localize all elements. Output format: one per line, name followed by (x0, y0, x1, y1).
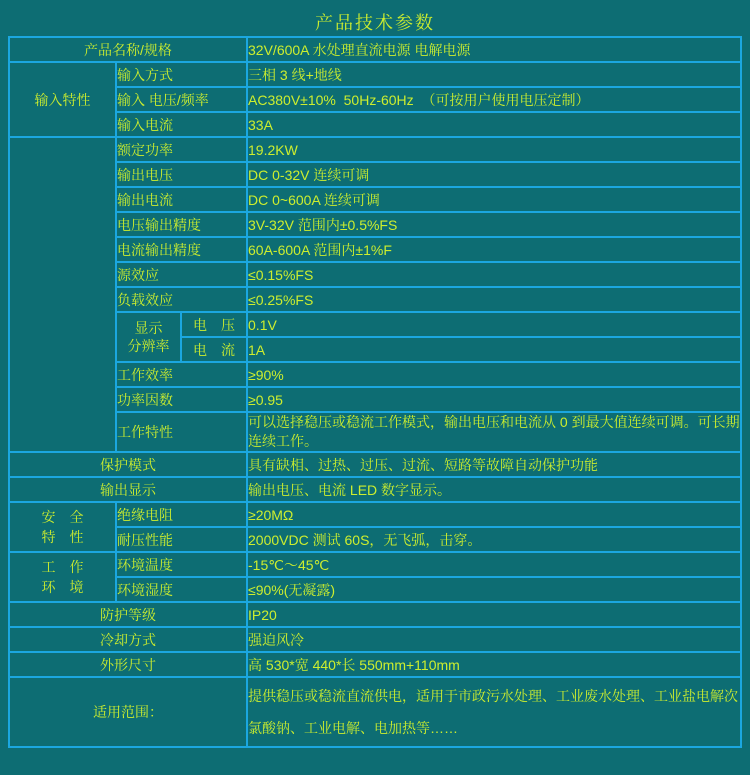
table-row: 输出电流 DC 0~600A 连续可调 (9, 187, 741, 212)
rated-power-label: 额定功率 (116, 137, 247, 162)
spec-table: 产品名称/规格 32V/600A 水处理直流电源 电解电源 输入特性 输入方式 … (8, 36, 742, 748)
insulation-resistance-label: 绝缘电阻 (116, 502, 247, 527)
dimensions-value: 高 530*宽 440*长 550mm+110mm (247, 652, 741, 677)
input-current-label: 输入电流 (116, 112, 247, 137)
resolution-voltage-value: 0.1V (247, 312, 741, 337)
table-row: 产品名称/规格 32V/600A 水处理直流电源 电解电源 (9, 37, 741, 62)
application-scope-label: 适用范围： (9, 677, 247, 747)
cooling-method-value: 强迫风冷 (247, 627, 741, 652)
load-effect-label: 负载效应 (116, 287, 247, 312)
withstand-voltage-value: 2000VDC 测试 60S，无飞弧，击穿。 (247, 527, 741, 552)
table-row: 功率因数 ≥0.95 (9, 387, 741, 412)
table-row: 显示分辨率 电 压 0.1V (9, 312, 741, 337)
environment-group-label: 工 作环 境 (9, 552, 116, 602)
output-current-label: 输出电流 (116, 187, 247, 212)
product-name-label: 产品名称/规格 (9, 37, 247, 62)
table-row: 冷却方式 强迫风冷 (9, 627, 741, 652)
table-row: 源效应 ≤0.15%FS (9, 262, 741, 287)
resolution-voltage-label: 电 压 (181, 312, 247, 337)
output-display-value: 输出电压、电流 LED 数字显示。 (247, 477, 741, 502)
work-characteristics-label: 工作特性 (116, 412, 247, 452)
table-row: 环境湿度 ≤90%(无凝露) (9, 577, 741, 602)
source-effect-label: 源效应 (116, 262, 247, 287)
input-voltage-label: 输入 电压/频率 (116, 87, 247, 112)
table-row: 输入特性 输入方式 三相 3 线+地线 (9, 62, 741, 87)
table-row: 适用范围： 提供稳压或稳流直流供电，适用于市政污水处理、工业废水处理、工业盐电解… (9, 677, 741, 747)
ambient-humidity-label: 环境湿度 (116, 577, 247, 602)
work-characteristics-value: 可以选择稳压或稳流工作模式，输出电压和电流从 0 到最大值连续可调。可长期连续工… (247, 412, 741, 452)
efficiency-value: ≥90% (247, 362, 741, 387)
environment-group-line1: 工 作 (41, 559, 83, 575)
efficiency-label: 工作效率 (116, 362, 247, 387)
input-current-value: 33A (247, 112, 741, 137)
safety-group-label: 安 全特 性 (9, 502, 116, 552)
protection-grade-label: 防护等级 (9, 602, 247, 627)
load-effect-value: ≤0.25%FS (247, 287, 741, 312)
page-title: 产品技术参数 (0, 0, 750, 36)
output-group-cell (9, 137, 116, 452)
display-resolution-line2: 分辨率 (127, 338, 169, 354)
table-row: 工作特性 可以选择稳压或稳流工作模式，输出电压和电流从 0 到最大值连续可调。可… (9, 412, 741, 452)
table-row: 电流输出精度 60A-600A 范围内±1%F (9, 237, 741, 262)
withstand-voltage-label: 耐压性能 (116, 527, 247, 552)
current-accuracy-label: 电流输出精度 (116, 237, 247, 262)
safety-group-line2: 特 性 (41, 529, 83, 545)
input-mode-value: 三相 3 线+地线 (247, 62, 741, 87)
ambient-humidity-value: ≤90%(无凝露) (247, 577, 741, 602)
voltage-accuracy-label: 电压输出精度 (116, 212, 247, 237)
table-row: 防护等级 IP20 (9, 602, 741, 627)
table-row: 外形尺寸 高 530*宽 440*长 550mm+110mm (9, 652, 741, 677)
table-row: 输入电流 33A (9, 112, 741, 137)
input-mode-label: 输入方式 (116, 62, 247, 87)
current-accuracy-value: 60A-600A 范围内±1%F (247, 237, 741, 262)
resolution-current-value: 1A (247, 337, 741, 362)
table-row: 电压输出精度 3V-32V 范围内±0.5%FS (9, 212, 741, 237)
display-resolution-line1: 显示 (134, 320, 162, 336)
protection-mode-label: 保护模式 (9, 452, 247, 477)
output-voltage-label: 输出电压 (116, 162, 247, 187)
voltage-accuracy-value: 3V-32V 范围内±0.5%FS (247, 212, 741, 237)
table-row: 安 全特 性 绝缘电阻 ≥20MΩ (9, 502, 741, 527)
environment-group-line2: 环 境 (41, 579, 83, 595)
power-factor-value: ≥0.95 (247, 387, 741, 412)
product-name-value: 32V/600A 水处理直流电源 电解电源 (247, 37, 741, 62)
protection-grade-value: IP20 (247, 602, 741, 627)
source-effect-value: ≤0.15%FS (247, 262, 741, 287)
display-resolution-label: 显示分辨率 (116, 312, 181, 362)
table-row: 工 作环 境 环境温度 -15℃～45℃ (9, 552, 741, 577)
application-scope-value: 提供稳压或稳流直流供电，适用于市政污水处理、工业废水处理、工业盐电解次氯酸钠、工… (247, 677, 741, 747)
power-factor-label: 功率因数 (116, 387, 247, 412)
insulation-resistance-value: ≥20MΩ (247, 502, 741, 527)
table-row: 负载效应 ≤0.25%FS (9, 287, 741, 312)
table-row: 工作效率 ≥90% (9, 362, 741, 387)
table-row: 输出显示 输出电压、电流 LED 数字显示。 (9, 477, 741, 502)
output-display-label: 输出显示 (9, 477, 247, 502)
input-voltage-value: AC380V±10% 50Hz-60Hz （可按用户使用电压定制） (247, 87, 741, 112)
output-voltage-value: DC 0-32V 连续可调 (247, 162, 741, 187)
output-current-value: DC 0~600A 连续可调 (247, 187, 741, 212)
rated-power-value: 19.2KW (247, 137, 741, 162)
safety-group-line1: 安 全 (41, 509, 83, 525)
ambient-temperature-label: 环境温度 (116, 552, 247, 577)
dimensions-label: 外形尺寸 (9, 652, 247, 677)
table-row: 保护模式 具有缺相、过热、过压、过流、短路等故障自动保护功能 (9, 452, 741, 477)
table-row: 输出电压 DC 0-32V 连续可调 (9, 162, 741, 187)
table-row: 耐压性能 2000VDC 测试 60S，无飞弧，击穿。 (9, 527, 741, 552)
table-row: 额定功率 19.2KW (9, 137, 741, 162)
cooling-method-label: 冷却方式 (9, 627, 247, 652)
resolution-current-label: 电 流 (181, 337, 247, 362)
protection-mode-value: 具有缺相、过热、过压、过流、短路等故障自动保护功能 (247, 452, 741, 477)
ambient-temperature-value: -15℃～45℃ (247, 552, 741, 577)
table-row: 输入 电压/频率 AC380V±10% 50Hz-60Hz （可按用户使用电压定… (9, 87, 741, 112)
input-group-label: 输入特性 (9, 62, 116, 137)
